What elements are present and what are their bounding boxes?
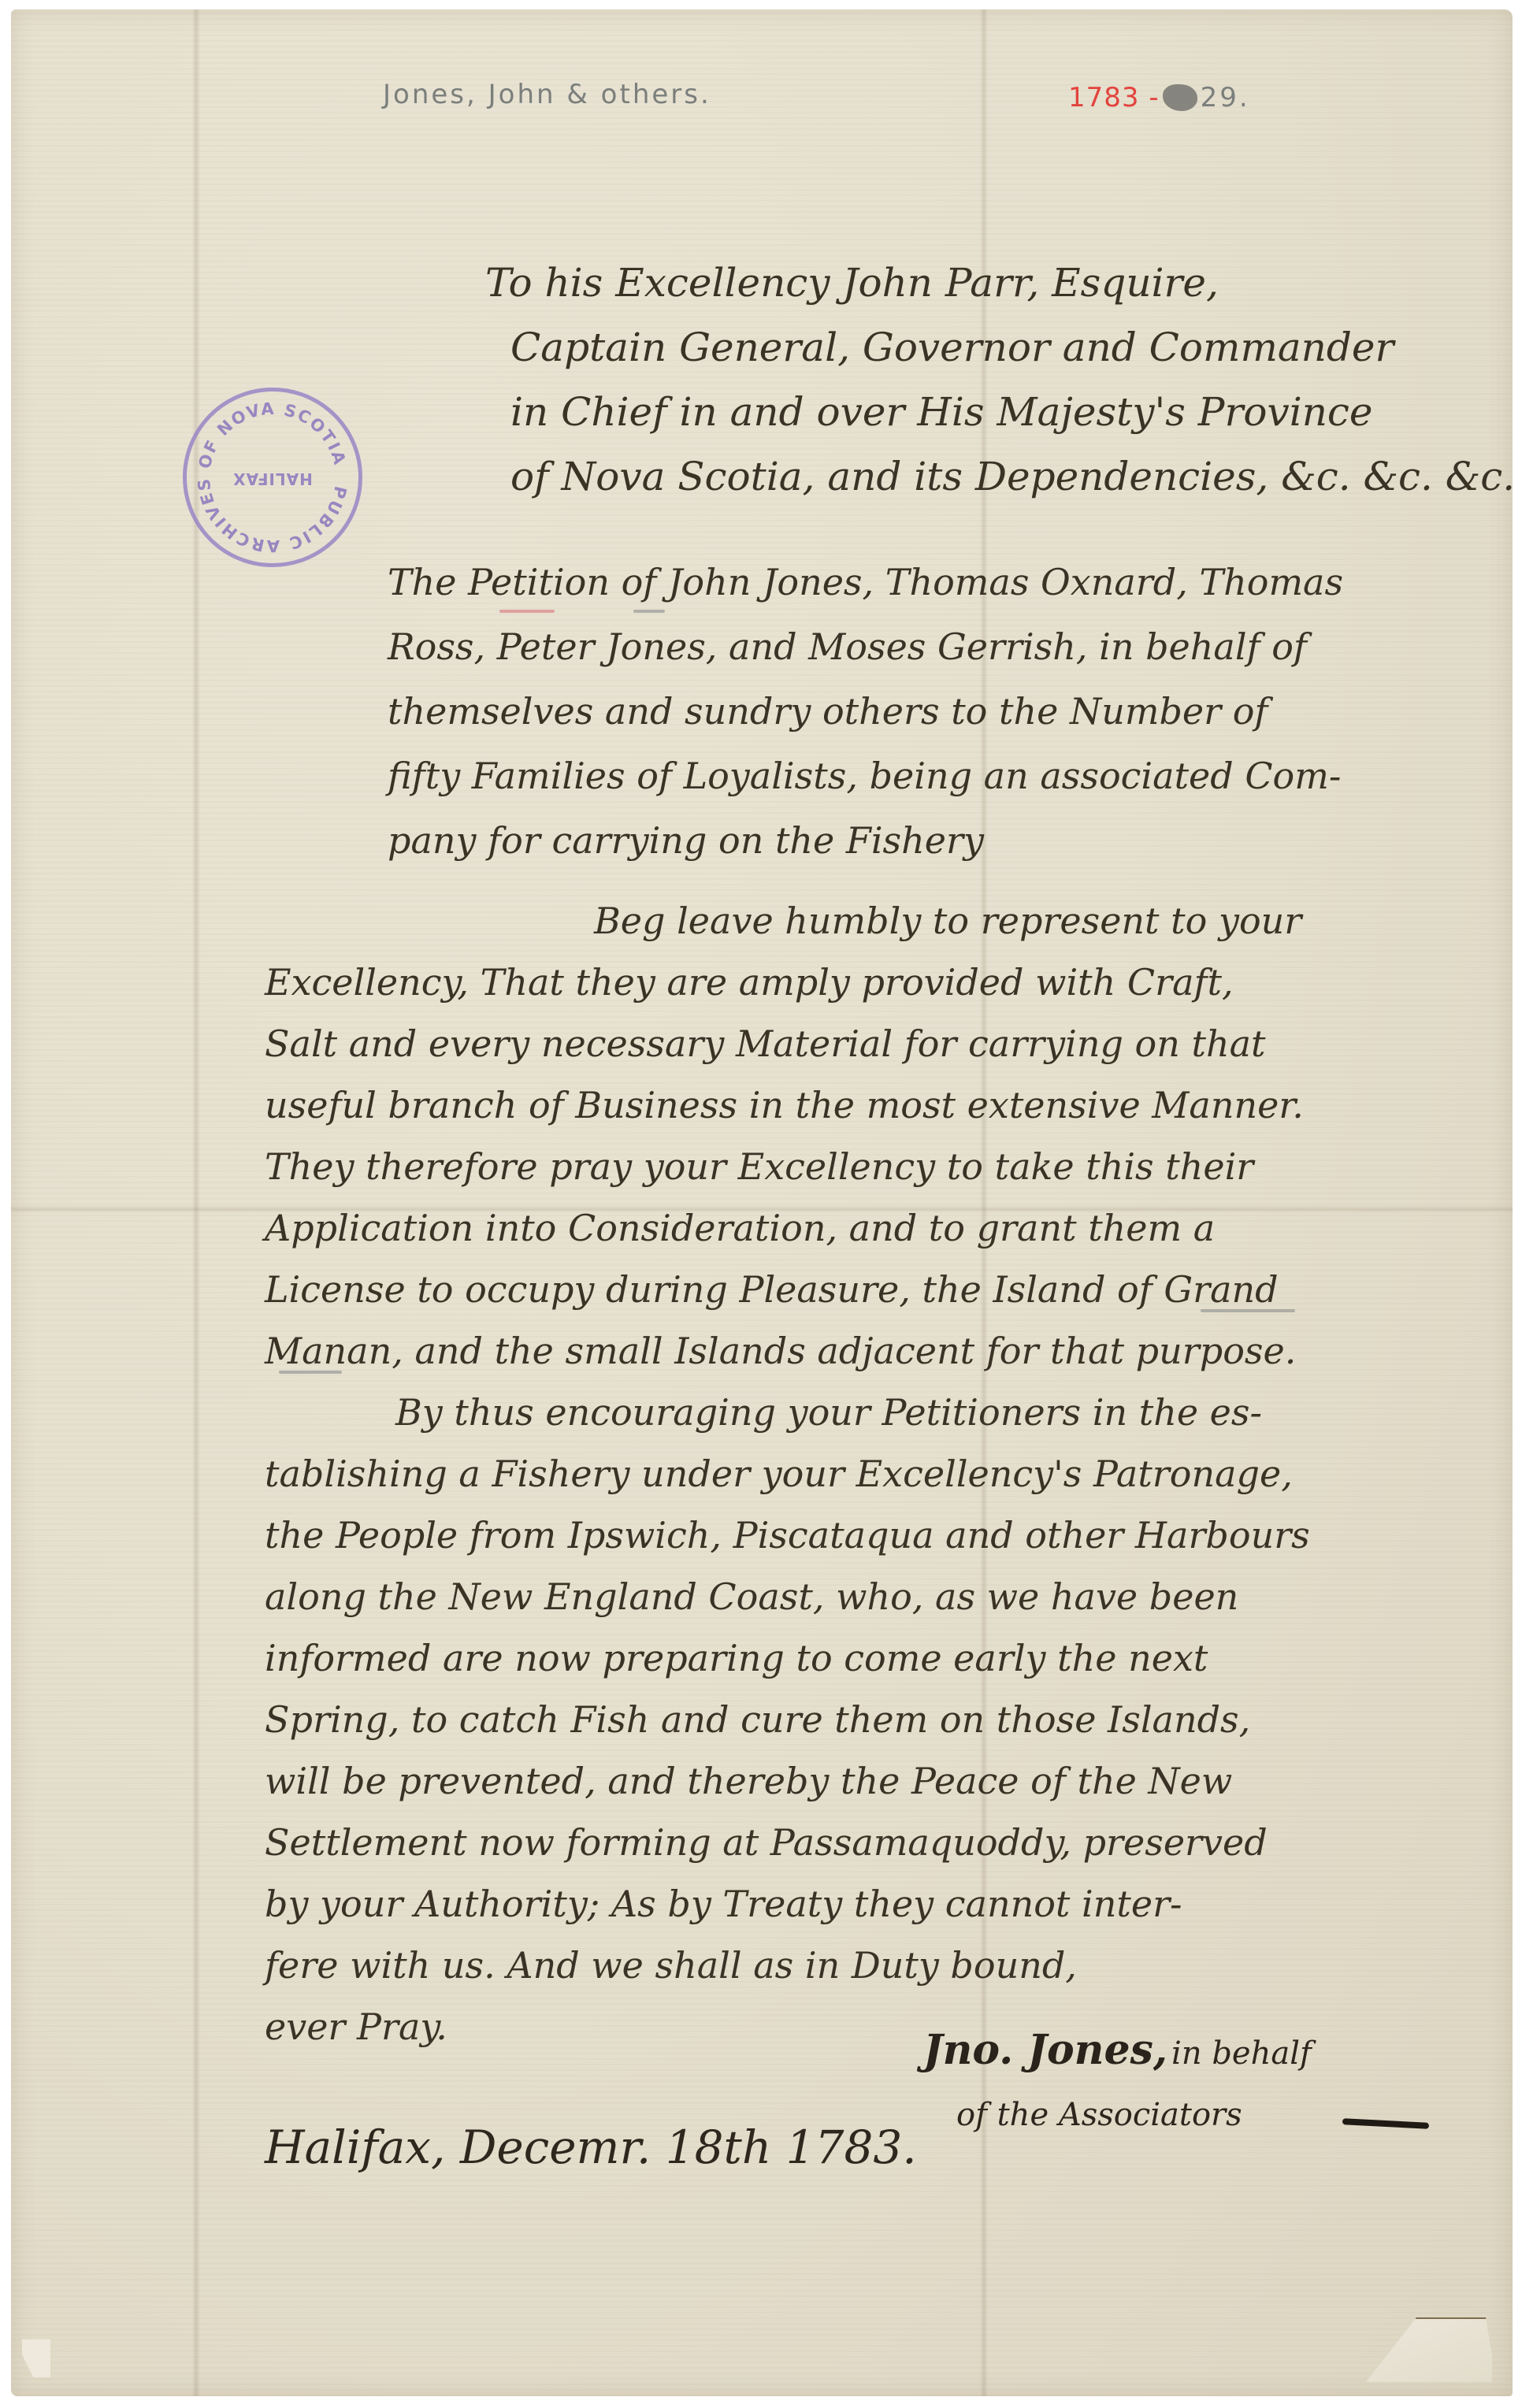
signature-line-2: of the Associators (956, 2097, 1242, 2133)
intro-line: Ross, Peter Jones, and Moses Gerrish, in… (388, 625, 1307, 668)
signature-flourish (1342, 2118, 1429, 2129)
body-line: Application into Consideration, and to g… (265, 1207, 1215, 1249)
body-line: fere with us. And we shall as in Duty bo… (265, 1944, 1077, 1987)
gray-pencil-underline-manan (279, 1371, 342, 1374)
intro-line: themselves and sundry others to the Numb… (388, 690, 1268, 733)
body-line: Settlement now forming at Passamaquoddy,… (265, 1821, 1268, 1864)
body-line: Salt and every necessary Material for ca… (265, 1022, 1266, 1065)
address-line: To his Excellency John Parr, Esquire, (485, 260, 1219, 306)
struck-out-number (1163, 84, 1197, 111)
intro-line: pany for carrying on the Fishery (388, 819, 984, 862)
signature-line-1: Jno. Jones, in behalf (923, 2026, 1312, 2074)
body-line: They therefore pray your Excellency to t… (265, 1145, 1253, 1188)
body-line: informed are now preparing to come early… (265, 1637, 1208, 1679)
signature-suffix: in behalf (1171, 2035, 1312, 2072)
archive-number: 1783 - 29. (1068, 82, 1250, 113)
body-line: will be prevented, and thereby the Peace… (265, 1760, 1232, 1802)
body-line: Excellency, That they are amply provided… (265, 961, 1234, 1004)
document-page: Jones, John & others. 1783 - 29. PUBLIC … (11, 9, 1513, 2396)
gray-pencil-underline-grand (1201, 1309, 1295, 1312)
body-line: Spring, to catch Fish and cure them on t… (265, 1698, 1250, 1741)
stamp-center-text: HALIFAX (187, 469, 358, 488)
pencil-item-number: 29. (1201, 82, 1250, 113)
intro-line: The Petition of John Jones, Thomas Oxnar… (388, 561, 1343, 603)
body-line: along the New England Coast, who, as we … (265, 1575, 1238, 1618)
folded-corner-bottom-left (22, 2339, 50, 2377)
folded-corner-bottom-right (1366, 2317, 1492, 2382)
address-line: in Chief in and over His Majesty's Provi… (510, 389, 1372, 435)
red-pencil-mark (499, 610, 555, 613)
body-line: by your Authority; As by Treaty they can… (265, 1883, 1182, 1925)
vertical-fold-left (192, 9, 200, 2396)
body-line: ever Pray. (265, 2005, 447, 2048)
body-line: By thus encouraging your Petitioners in … (395, 1391, 1262, 1434)
dateline: Halifax, Decemr. 18th 1783. (265, 2120, 917, 2174)
body-line: Manan, and the small Islands adjacent fo… (265, 1330, 1296, 1372)
red-year-number: 1783 - (1068, 82, 1160, 113)
gray-pencil-mark (633, 610, 665, 613)
address-line: Captain General, Governor and Commander (510, 325, 1394, 370)
body-line: Beg leave humbly to represent to your (594, 900, 1301, 942)
body-line: License to occupy during Pleasure, the I… (265, 1268, 1279, 1311)
archives-stamp: PUBLIC ARCHIVES OF NOVA SCOTIA HALIFAX (183, 388, 362, 567)
body-line: the People from Ipswich, Piscataqua and … (265, 1514, 1310, 1556)
intro-line: fifty Families of Loyalists, being an as… (388, 755, 1341, 797)
address-line: of Nova Scotia, and its Dependencies, &c… (510, 454, 1515, 499)
signature-name: Jno. Jones, (923, 2026, 1167, 2074)
body-line: tablishing a Fishery under your Excellen… (265, 1453, 1293, 1495)
pencil-catalog-label: Jones, John & others. (383, 79, 711, 110)
body-line: useful branch of Business in the most ex… (265, 1084, 1304, 1126)
